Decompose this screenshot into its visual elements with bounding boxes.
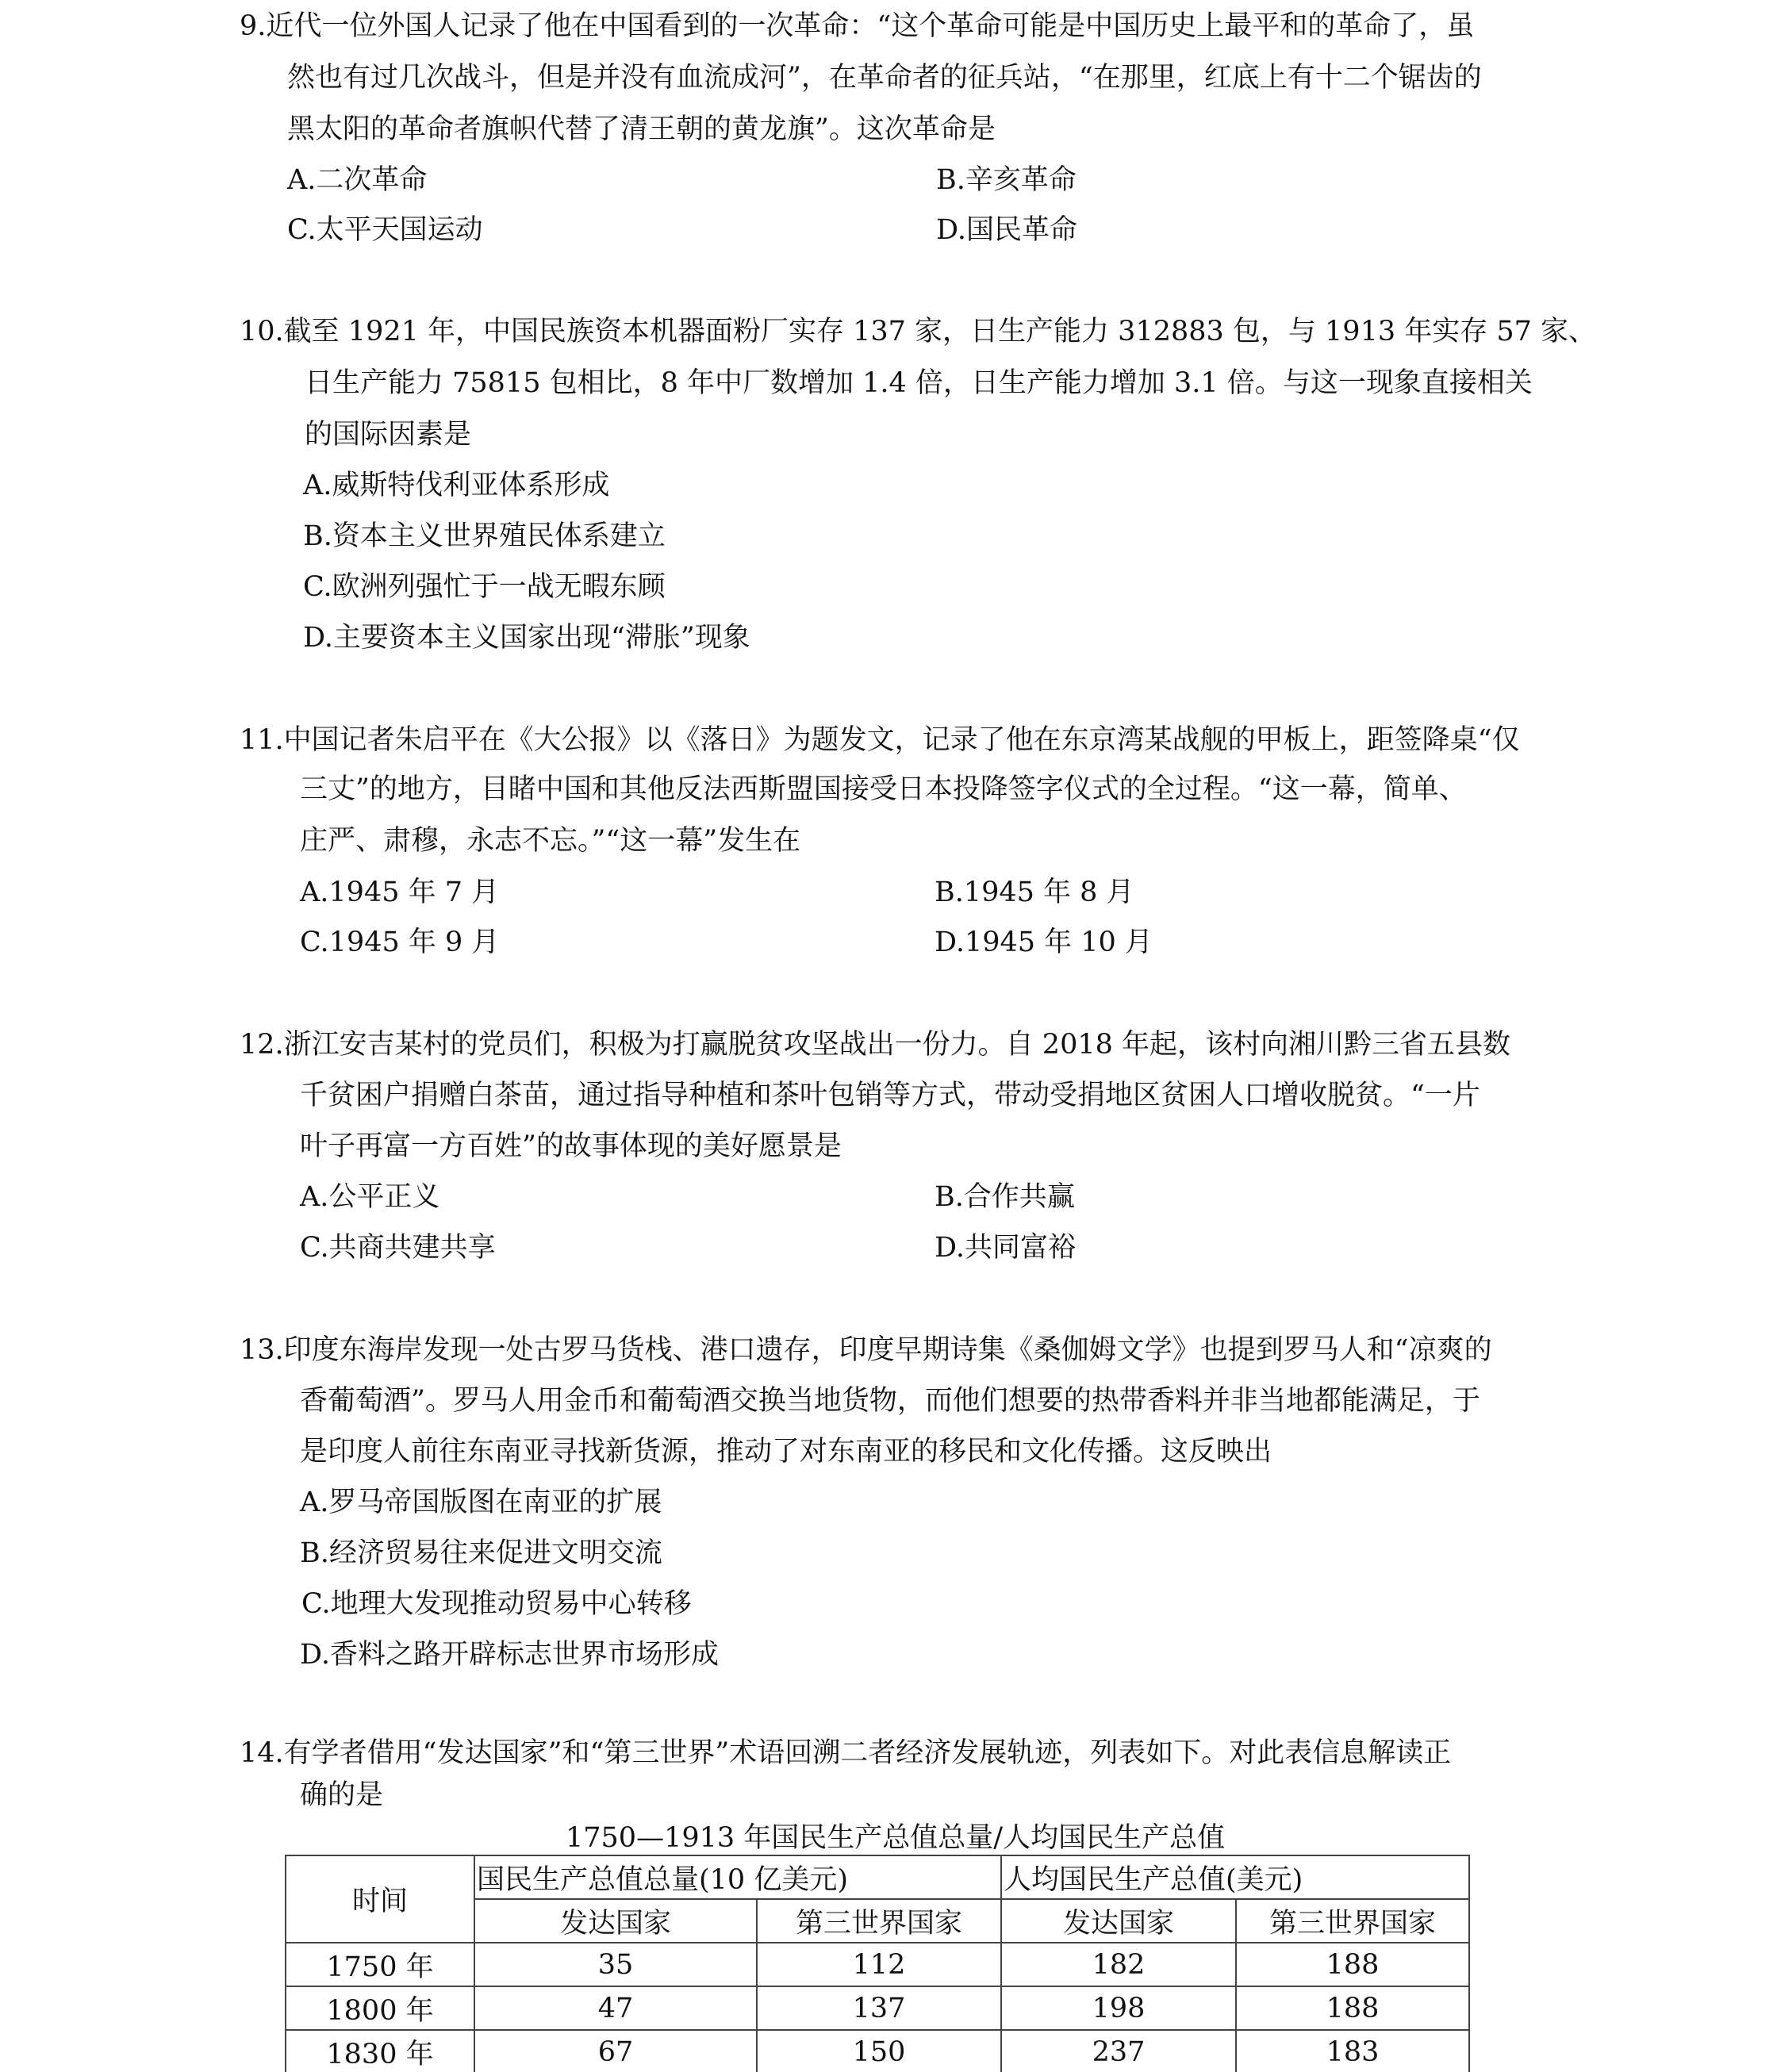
option-text: 合作共赢 (964, 1181, 1075, 1213)
option-label: A. (300, 877, 328, 908)
question-stem-line: 10.截至 1921 年，中国民族资本机器面粉厂实存 137 家，日生产能力 3… (240, 314, 1596, 349)
time-header: 时间 (286, 1855, 474, 1943)
option-label: D. (936, 214, 966, 246)
gnp-per-capita-header: 人均国民生产总值(美元) (1001, 1855, 1469, 1899)
question-stem-line: 三丈”的地方，目睹中国和其他反法西斯盟国接受日本投降签字仪式的全过程。“这一幕，… (300, 772, 1467, 807)
subheader-third-world: 第三世界国家 (1236, 1899, 1469, 1943)
option-text: 二次革命 (316, 164, 427, 196)
question-stem-line: 14.有学者借用“发达国家”和“第三世界”术语回溯二者经济发展轨迹，列表如下。对… (240, 1736, 1451, 1771)
value-cell: 47 (474, 1986, 757, 2030)
option-label: A. (303, 470, 332, 501)
question-stem-line: 是印度人前往东南亚寻找新货源，推动了对东南亚的移民和文化传播。这反映出 (300, 1434, 1272, 1469)
option-label: D. (935, 927, 965, 958)
value-cell: 67 (474, 2030, 757, 2072)
stem-text: 浙江安吉某村的党员们，积极为打赢脱贫攻坚战出一份力。自 2018 年起，该村向湘… (284, 1029, 1510, 1061)
option-label: A. (300, 1181, 328, 1213)
option-d[interactable]: D.共同富裕 (935, 1230, 1076, 1265)
option-text: 公平正义 (328, 1181, 439, 1213)
option-b[interactable]: B.合作共赢 (935, 1180, 1075, 1214)
option-c[interactable]: C.地理大发现推动贸易中心转移 (301, 1587, 692, 1621)
option-a[interactable]: A.1945 年 7 月 (300, 875, 499, 910)
option-label: C. (303, 571, 332, 603)
option-d[interactable]: D.主要资本主义国家出现“滞胀”现象 (303, 620, 750, 655)
subheader-developed: 发达国家 (1001, 1899, 1236, 1943)
year-cell: 1750 年 (286, 1943, 474, 1986)
question-number: 12. (240, 1027, 284, 1062)
option-label: D. (935, 1232, 965, 1264)
question-number: 9. (240, 9, 266, 44)
option-text: 威斯特伐利亚体系形成 (332, 470, 609, 501)
option-text: 欧洲列强忙于一战无暇东顾 (332, 571, 666, 603)
question-stem-line: 庄严、肃穆，永志不忘。”“这一幕”发生在 (300, 823, 800, 858)
option-b[interactable]: B.经济贸易往来促进文明交流 (300, 1536, 662, 1571)
option-text: 共同富裕 (965, 1232, 1076, 1264)
value-cell: 137 (757, 1986, 1001, 2030)
option-c[interactable]: C.共商共建共享 (300, 1230, 496, 1265)
option-text: 1945 年 7 月 (328, 877, 499, 908)
question-stem-line: 确的是 (300, 1778, 383, 1813)
option-d[interactable]: D.1945 年 10 月 (935, 925, 1153, 960)
option-text: 地理大发现推动贸易中心转移 (331, 1588, 692, 1620)
option-label: D. (303, 622, 333, 654)
question-stem-line: 然也有过几次战斗，但是并没有血流成河”，在革命者的征兵站，“在那里，红底上有十二… (287, 60, 1482, 95)
subheader-third-world: 第三世界国家 (757, 1899, 1001, 1943)
question-number: 13. (240, 1333, 284, 1368)
option-text: 罗马帝国版图在南亚的扩展 (328, 1487, 662, 1518)
stem-text: 截至 1921 年，中国民族资本机器面粉厂实存 137 家，日生产能力 3128… (284, 316, 1596, 347)
option-b[interactable]: B.资本主义世界殖民体系建立 (303, 519, 666, 554)
stem-text: 近代一位外国人记录了他在中国看到的一次革命：“这个革命可能是中国历史上最平和的革… (266, 10, 1474, 42)
option-text: 经济贸易往来促进文明交流 (329, 1537, 662, 1569)
table-header-row: 时间 国民生产总值总量(10 亿美元) 人均国民生产总值(美元) (286, 1855, 1469, 1899)
stem-text: 中国记者朱启平在《大公报》以《落日》为题发文，记录了他在东京湾某战舰的甲板上，距… (284, 724, 1520, 756)
question-stem-line: 11.中国记者朱启平在《大公报》以《落日》为题发文，记录了他在东京湾某战舰的甲板… (240, 723, 1520, 758)
option-b[interactable]: B.1945 年 8 月 (935, 875, 1134, 910)
option-c[interactable]: C.欧洲列强忙于一战无暇东顾 (303, 570, 666, 604)
gnp-total-header: 国民生产总值总量(10 亿美元) (474, 1855, 1001, 1899)
option-label: C. (287, 214, 317, 246)
table-caption: 1750—1913 年国民生产总值总量/人均国民生产总值 (566, 1821, 1225, 1855)
option-a[interactable]: A.罗马帝国版图在南亚的扩展 (300, 1485, 662, 1520)
table-row: 1750 年 35 112 182 188 (286, 1943, 1469, 1986)
subheader-developed: 发达国家 (474, 1899, 757, 1943)
option-text: 共商共建共享 (329, 1232, 496, 1264)
value-cell: 35 (474, 1943, 757, 1986)
gnp-table: 时间 国民生产总值总量(10 亿美元) 人均国民生产总值(美元) 发达国家 第三… (285, 1855, 1470, 2072)
option-a[interactable]: A.二次革命 (287, 163, 427, 198)
question-stem-line: 9.近代一位外国人记录了他在中国看到的一次革命：“这个革命可能是中国历史上最平和… (240, 9, 1474, 44)
option-label: C. (300, 927, 329, 958)
option-label: B. (935, 1181, 964, 1213)
question-stem-line: 叶子再富一方百姓”的故事体现的美好愿景是 (300, 1129, 842, 1164)
question-stem-line: 日生产能力 75815 包相比，8 年中厂数增加 1.4 倍，日生产能力增加 3… (305, 366, 1533, 401)
stem-text: 印度东海岸发现一处古罗马货栈、港口遗存，印度早期诗集《桑伽姆文学》也提到罗马人和… (284, 1334, 1492, 1366)
option-label: B. (303, 520, 332, 552)
value-cell: 183 (1236, 2030, 1469, 2072)
table-row: 1830 年 67 150 237 183 (286, 2030, 1469, 2072)
question-stem-line: 的国际因素是 (305, 417, 471, 452)
table-row: 1800 年 47 137 198 188 (286, 1986, 1469, 2030)
year-cell: 1830 年 (286, 2030, 474, 2072)
option-text: 1945 年 10 月 (965, 927, 1153, 958)
option-text: 辛亥革命 (965, 164, 1077, 196)
question-number: 11. (240, 723, 284, 758)
value-cell: 182 (1001, 1943, 1236, 1986)
option-d[interactable]: D.国民革命 (936, 213, 1077, 247)
option-label: D. (300, 1639, 330, 1671)
option-text: 资本主义世界殖民体系建立 (332, 520, 666, 552)
question-number: 14. (240, 1736, 284, 1771)
option-d[interactable]: D.香料之路开辟标志世界市场形成 (300, 1637, 719, 1672)
option-text: 1945 年 9 月 (329, 927, 500, 958)
option-a[interactable]: A.公平正义 (300, 1180, 439, 1214)
option-label: C. (300, 1232, 329, 1264)
option-c[interactable]: C.1945 年 9 月 (300, 925, 499, 960)
option-label: B. (936, 164, 965, 196)
question-stem-line: 12.浙江安吉某村的党员们，积极为打赢脱贫攻坚战出一份力。自 2018 年起，该… (240, 1027, 1510, 1062)
value-cell: 237 (1001, 2030, 1236, 2072)
option-text: 太平天国运动 (317, 214, 483, 246)
option-label: A. (287, 164, 316, 196)
question-stem-line: 黑太阳的革命者旗帜代替了清王朝的黄龙旗”。这次革命是 (287, 112, 996, 147)
option-a[interactable]: A.威斯特伐利亚体系形成 (303, 468, 609, 503)
value-cell: 198 (1001, 1986, 1236, 2030)
option-text: 香料之路开辟标志世界市场形成 (330, 1639, 719, 1671)
option-c[interactable]: C.太平天国运动 (287, 213, 483, 247)
stem-text: 有学者借用“发达国家”和“第三世界”术语回溯二者经济发展轨迹，列表如下。对此表信… (284, 1737, 1452, 1769)
option-label: B. (300, 1537, 329, 1569)
option-text: 1945 年 8 月 (964, 877, 1134, 908)
question-stem-line: 13.印度东海岸发现一处古罗马货栈、港口遗存，印度早期诗集《桑伽姆文学》也提到罗… (240, 1333, 1492, 1368)
option-label: B. (935, 877, 964, 908)
option-label: C. (301, 1588, 331, 1620)
option-b[interactable]: B.辛亥革命 (936, 163, 1077, 198)
option-text: 国民革命 (966, 214, 1077, 246)
question-stem-line: 香葡萄酒”。罗马人用金币和葡萄酒交换当地货物，而他们想要的热带香料并非当地都能满… (300, 1383, 1480, 1418)
value-cell: 112 (757, 1943, 1001, 1986)
value-cell: 188 (1236, 1986, 1469, 2030)
question-number: 10. (240, 314, 284, 349)
value-cell: 188 (1236, 1943, 1469, 1986)
option-text: 主要资本主义国家出现“滞胀”现象 (333, 622, 750, 654)
year-cell: 1800 年 (286, 1986, 474, 2030)
option-label: A. (300, 1487, 328, 1518)
question-stem-line: 千贫困户捐赠白茶苗，通过指导种植和茶叶包销等方式，带动受捐地区贫困人口增收脱贫。… (300, 1078, 1480, 1113)
value-cell: 150 (757, 2030, 1001, 2072)
